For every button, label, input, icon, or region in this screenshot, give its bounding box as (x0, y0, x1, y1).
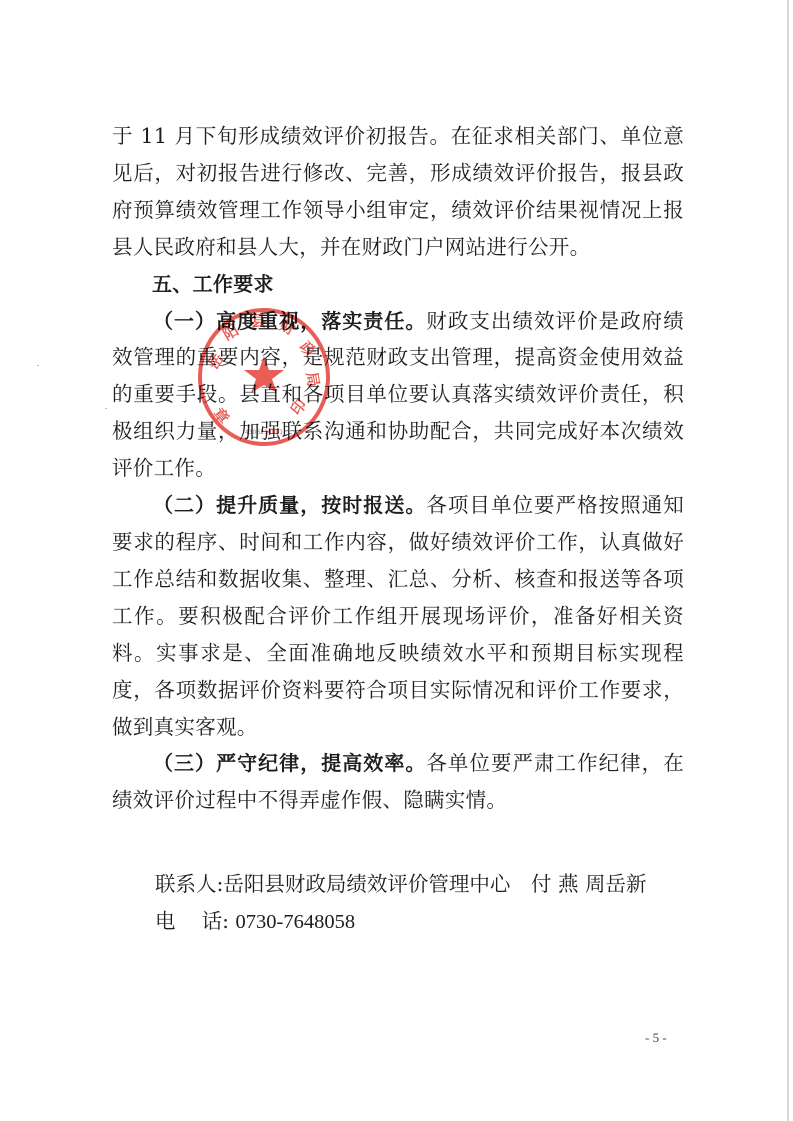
requirement-1: （一）高度重视，落实责任。财政支出绩效评价是政府绩效管理的重要内容，是规范财政支… (112, 303, 684, 488)
scan-speck (105, 408, 107, 409)
contact-phone-line: 电 话: 0730-7648058 (155, 903, 646, 941)
section-heading: 五、工作要求 (112, 266, 684, 303)
phone-number: 0730-7648058 (236, 911, 356, 933)
contact-person-line: 联系人:岳阳县财政局绩效评价管理中心 付 燕 周岳新 (155, 866, 646, 903)
contact-org: 岳阳县财政局绩效评价管理中心 (223, 872, 510, 896)
requirement-3: （三）严守纪律，提高效率。各单位要严肃工作纪律，在绩效评价过程中不得弄虚作假、隐… (112, 745, 684, 819)
intro-paragraph: 于 11 月下旬形成绩效评价初报告。在征求相关部门、单位意见后，对初报告进行修改… (112, 118, 684, 266)
page-edge (787, 0, 789, 1121)
requirement-1-text: 财政支出绩效评价是政府绩效管理的重要内容，是规范财政支出管理，提高资金使用效益的… (112, 309, 684, 481)
requirement-3-title: （三）严守纪律，提高效率。 (153, 751, 426, 775)
contact-label: 联系人: (155, 872, 223, 896)
contact-block: 联系人:岳阳县财政局绩效评价管理中心 付 燕 周岳新 电 话: 0730-764… (155, 866, 646, 941)
document-body: 于 11 月下旬形成绩效评价初报告。在征求相关部门、单位意见后，对初报告进行修改… (112, 118, 684, 819)
requirement-2-text: 各项目单位要严格按照通知要求的程序、时间和工作内容，做好绩效评价工作，认真做好工… (112, 493, 684, 738)
requirement-1-title: （一）高度重视，落实责任。 (153, 309, 426, 333)
contact-names: 付 燕 周岳新 (531, 872, 647, 896)
page-number: - 5 - (645, 1030, 667, 1046)
requirement-2-title: （二）提升质量，按时报送。 (153, 493, 426, 517)
scan-speck (37, 365, 39, 366)
phone-label: 电 话: (155, 909, 229, 933)
requirement-2: （二）提升质量，按时报送。各项目单位要严格按照通知要求的程序、时间和工作内容，做… (112, 487, 684, 745)
